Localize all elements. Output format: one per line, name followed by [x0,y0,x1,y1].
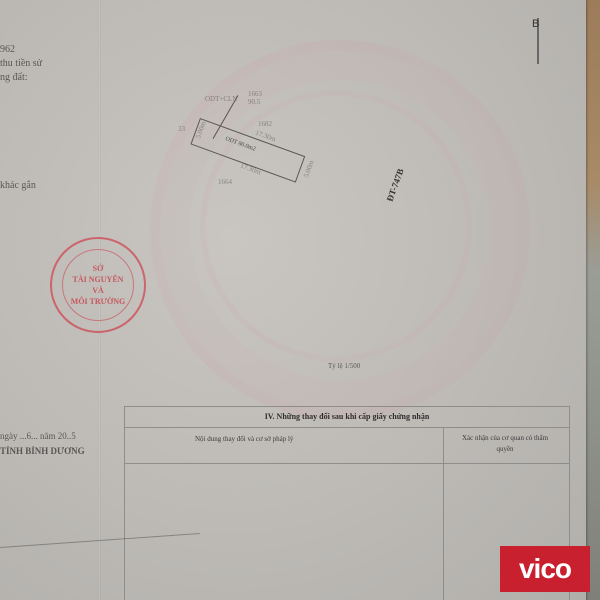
column-confirmation: Xác nhận của cơ quan có thẩm quyền [455,433,555,455]
red-seal-inner: SỞ TÀI NGUYÊN VÀ MÔI TRƯỜNG [62,249,134,321]
seal-line: VÀ [92,285,104,296]
seal-line: SỞ [93,263,104,274]
emblem-watermark-inner [200,90,472,362]
leader-number-1: 1663 [248,90,262,98]
certificate-page: 962 thu tiền sử ng đất: khác gắn SỞ TÀI … [0,0,586,600]
changes-table-header-row: Nội dung thay đổi và cơ sở pháp lý Xác n… [125,427,569,464]
date-line: ngày ...6... năm 20..5 [0,431,76,441]
fragment-4: khác gắn [0,180,36,191]
map-scale: Tỷ lệ 1/500 [328,362,360,370]
fragment-1: 962 [0,44,15,55]
parcel-label: ODT 80.0m2 [224,136,256,153]
north-label: B [532,18,539,30]
neighbor-left: 33 [178,125,185,133]
seal-line: MÔI TRƯỜNG [71,296,125,307]
red-seal: SỞ TÀI NGUYÊN VÀ MÔI TRƯỜNG [50,237,146,333]
fragment-2: thu tiền sử [0,58,42,69]
seal-line: TÀI NGUYÊN [73,274,124,285]
vico-logo: vico [500,546,590,592]
column-content: Nội dung thay đổi và cơ sở pháp lý [195,435,293,443]
leader-label: ODT+CLN [205,95,237,103]
logo-text: vico [519,553,571,585]
logo-text-part-1: vi [519,553,540,584]
province-name: TỈNH BÌNH DƯƠNG [0,446,85,456]
changes-table-title: IV. Những thay đổi sau khi cấp giấy chứn… [125,407,569,428]
neighbor-top: 1682 [258,120,272,128]
logo-text-part-2: co [540,553,571,584]
neighbor-bottom: 1664 [218,178,232,186]
leader-number-2: 90.5 [248,98,260,106]
column-divider [443,427,444,600]
fragment-3: ng đất: [0,72,28,83]
